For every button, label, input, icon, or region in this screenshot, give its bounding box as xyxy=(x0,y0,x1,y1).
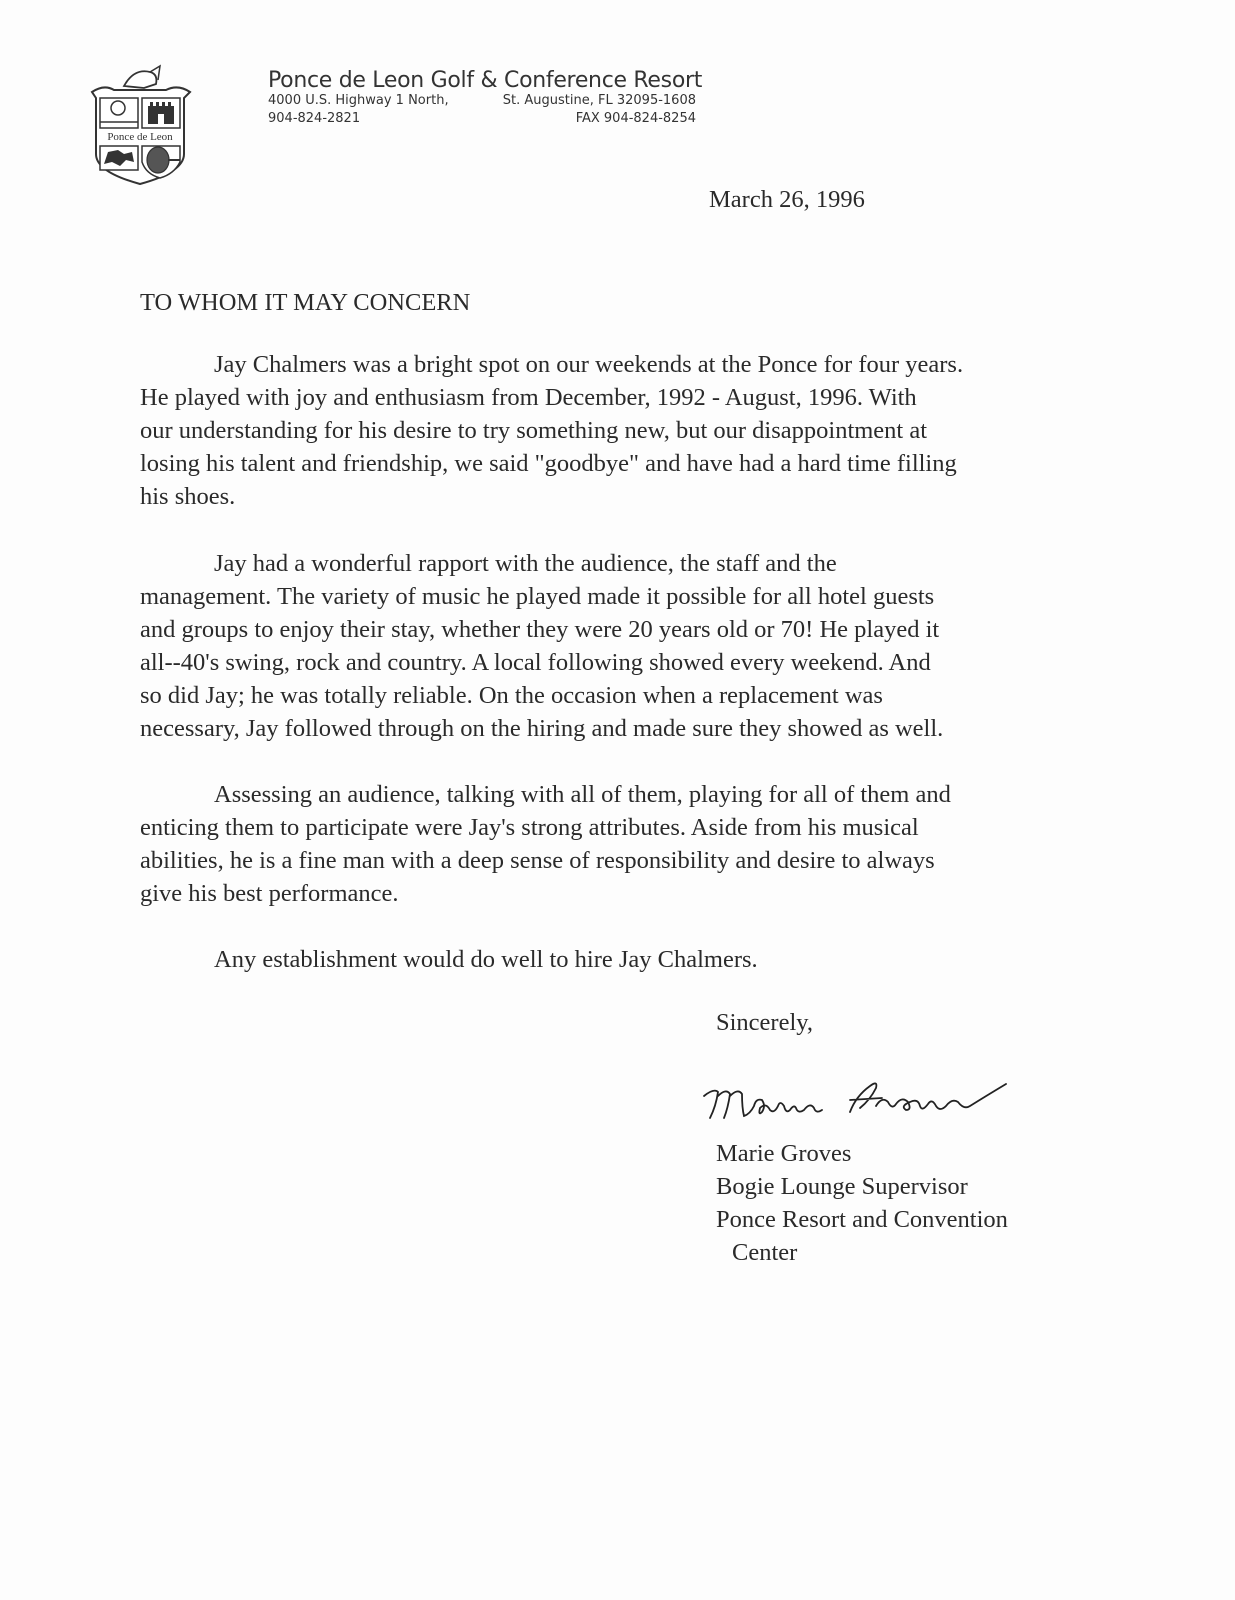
text-line: Jay Chalmers was a bright spot on our we… xyxy=(140,348,1070,381)
fax-number: FAX 904-824-8254 xyxy=(576,111,696,126)
paragraph-3: Assessing an audience, talking with all … xyxy=(140,778,1070,910)
paragraph-4: Any establishment would do well to hire … xyxy=(140,943,1070,976)
text-line: Assessing an audience, talking with all … xyxy=(140,778,1070,811)
signature-block: Marie Groves Bogie Lounge Supervisor Pon… xyxy=(716,1137,1008,1269)
paragraph-2: Jay had a wonderful rapport with the aud… xyxy=(140,547,1070,745)
text-line: and groups to enjoy their stay, whether … xyxy=(140,613,1070,646)
letterhead: Ponce de Leon Golf & Conference Resort 4… xyxy=(268,68,702,129)
letter-date: March 26, 1996 xyxy=(709,186,865,214)
svg-text:Ponce de Leon: Ponce de Leon xyxy=(107,131,173,143)
signer-organization: Ponce Resort and Convention xyxy=(716,1203,1008,1236)
text-line: Any establishment would do well to hire … xyxy=(140,943,1070,976)
organization-name: Ponce de Leon Golf & Conference Resort xyxy=(268,68,702,93)
text-line: necessary, Jay followed through on the h… xyxy=(140,712,1070,745)
signer-organization-continued: Center xyxy=(716,1236,1008,1269)
text-line: his shoes. xyxy=(140,480,1070,513)
letter-page: Ponce de Leon Ponce de Leon Golf & Confe… xyxy=(0,0,1235,1600)
text-line: our understanding for his desire to try … xyxy=(140,414,1070,447)
closing: Sincerely, xyxy=(716,1009,813,1037)
crest-logo-icon: Ponce de Leon xyxy=(84,64,196,186)
salutation: TO WHOM IT MAY CONCERN xyxy=(140,289,470,317)
phone-row: 904-824-2821 FAX 904-824-8254 xyxy=(268,111,696,129)
signer-name: Marie Groves xyxy=(716,1137,1008,1170)
address-row: 4000 U.S. Highway 1 North, St. Augustine… xyxy=(268,93,696,111)
text-line: losing his talent and friendship, we sai… xyxy=(140,447,1070,480)
text-line: give his best performance. xyxy=(140,877,1070,910)
phone-number: 904-824-2821 xyxy=(268,111,360,126)
text-line: Jay had a wonderful rapport with the aud… xyxy=(140,547,1070,580)
text-line: He played with joy and enthusiasm from D… xyxy=(140,381,1070,414)
text-line: all--40's swing, rock and country. A loc… xyxy=(140,646,1070,679)
city-state-zip: St. Augustine, FL 32095-1608 xyxy=(503,93,696,108)
street-address: 4000 U.S. Highway 1 North, xyxy=(268,93,449,108)
handwritten-signature xyxy=(700,1066,1020,1126)
text-line: so did Jay; he was totally reliable. On … xyxy=(140,679,1070,712)
signer-title: Bogie Lounge Supervisor xyxy=(716,1170,1008,1203)
paragraph-1: Jay Chalmers was a bright spot on our we… xyxy=(140,348,1070,513)
text-line: enticing them to participate were Jay's … xyxy=(140,811,1070,844)
text-line: management. The variety of music he play… xyxy=(140,580,1070,613)
text-line: abilities, he is a fine man with a deep … xyxy=(140,844,1070,877)
